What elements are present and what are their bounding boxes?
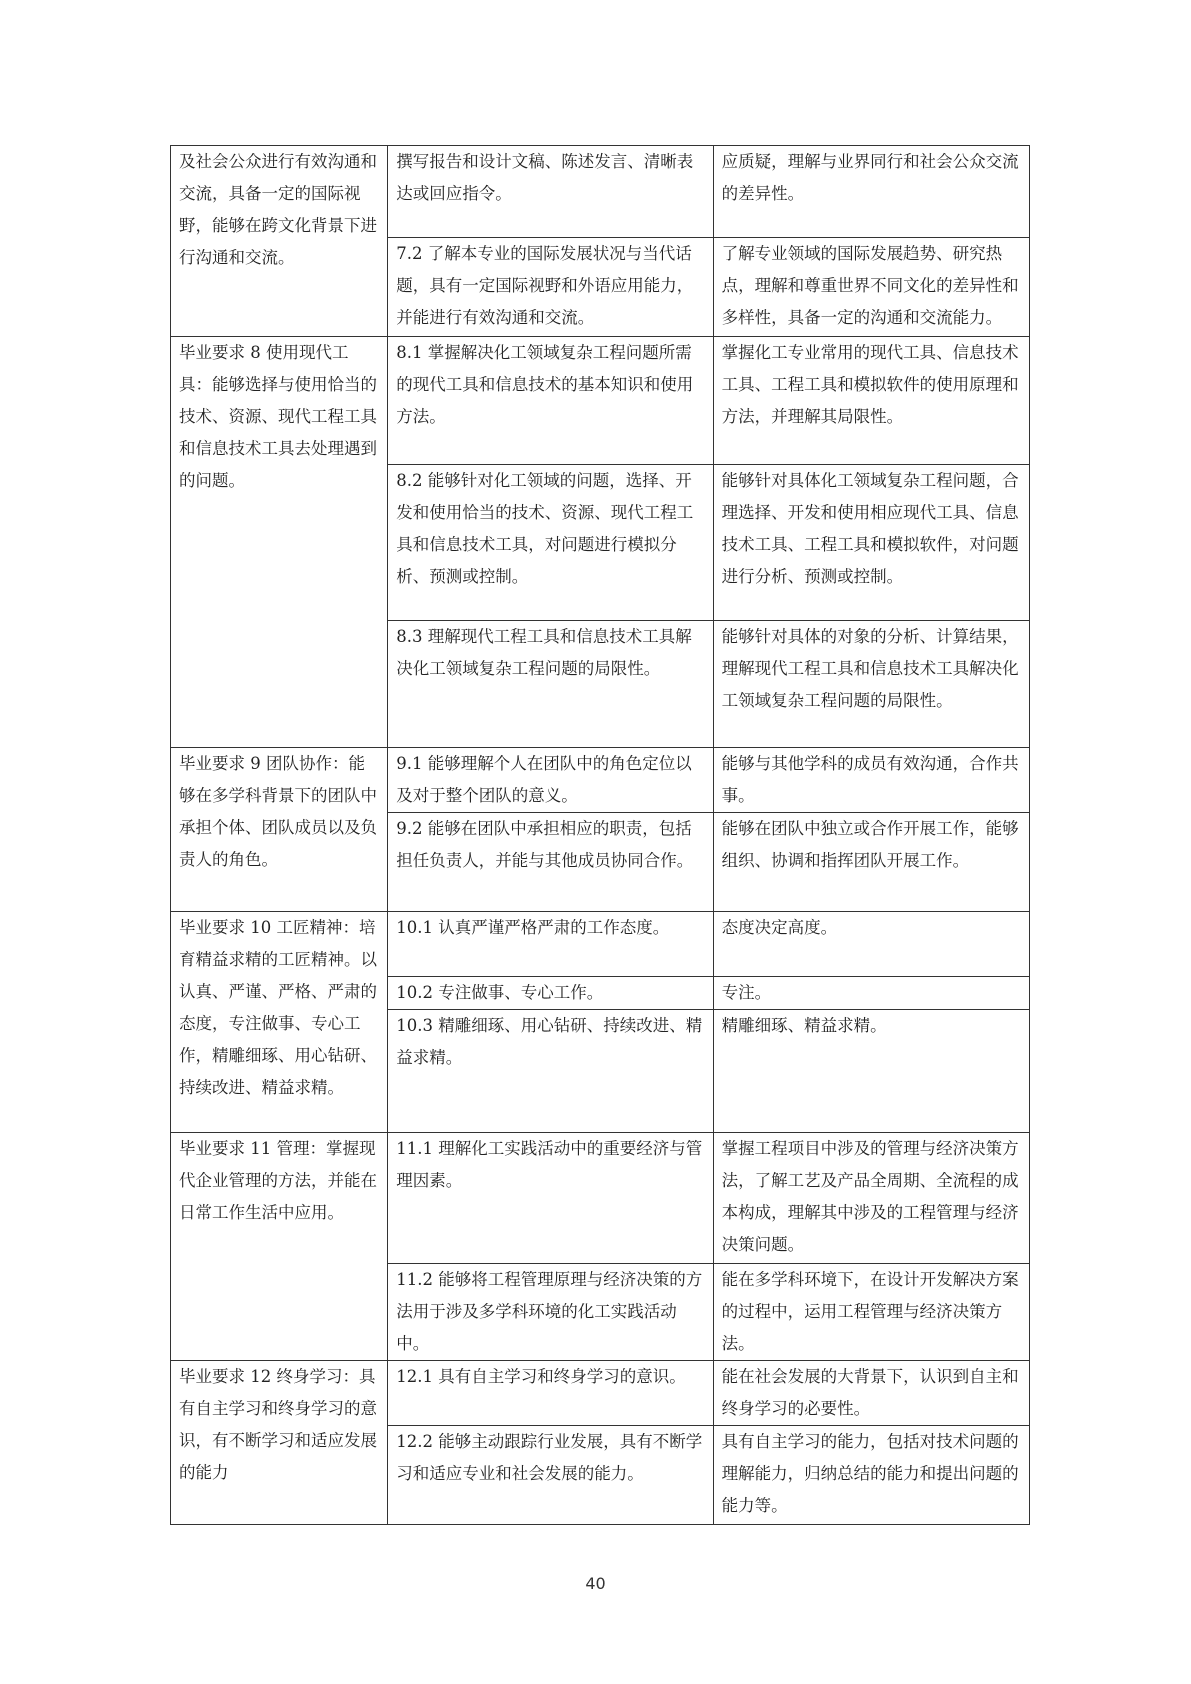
indicator-cell: 9.1 能够理解个人在团队中的角色定位以及对于整个团队的意义。 (388, 748, 713, 813)
description-cell: 掌握化工专业常用的现代工具、信息技术工具、工程工具和模拟软件的使用原理和方法，并… (713, 337, 1029, 465)
table-row: 毕业要求 9 团队协作：能够在多学科背景下的团队中承担个体、团队成员以及负责人的… (171, 748, 1030, 813)
table-row: 及社会公众进行有效沟通和交流，具备一定的国际视野，能够在跨文化背景下进行沟通和交… (171, 146, 1030, 238)
table-row: 毕业要求 11 管理：掌握现代企业管理的方法，并能在日常工作生活中应用。 11.… (171, 1133, 1030, 1264)
description-cell: 了解专业领域的国际发展趋势、研究热点，理解和尊重世界不同文化的差异性和多样性，具… (713, 238, 1029, 337)
requirement-cell: 及社会公众进行有效沟通和交流，具备一定的国际视野，能够在跨文化背景下进行沟通和交… (171, 146, 388, 337)
indicator-cell: 10.1 认真严谨严格严肃的工作态度。 (388, 912, 713, 977)
requirement-cell: 毕业要求 9 团队协作：能够在多学科背景下的团队中承担个体、团队成员以及负责人的… (171, 748, 388, 912)
description-cell: 具有自主学习的能力，包括对技术问题的理解能力，归纳总结的能力和提出问题的能力等。 (713, 1426, 1029, 1525)
indicator-cell: 11.1 理解化工实践活动中的重要经济与管理因素。 (388, 1133, 713, 1264)
table-row: 毕业要求 12 终身学习：具有自主学习和终身学习的意识，有不断学习和适应发展的能… (171, 1361, 1030, 1426)
indicator-cell: 12.1 具有自主学习和终身学习的意识。 (388, 1361, 713, 1426)
description-cell: 能在社会发展的大背景下，认识到自主和终身学习的必要性。 (713, 1361, 1029, 1426)
table-row: 毕业要求 10 工匠精神：培育精益求精的工匠精神。以认真、严谨、严格、严肃的态度… (171, 912, 1030, 977)
description-cell: 能够针对具体化工领域复杂工程问题，合理选择、开发和使用相应现代工具、信息技术工具… (713, 465, 1029, 621)
indicator-cell: 7.2 了解本专业的国际发展状况与当代话题，具有一定国际视野和外语应用能力，并能… (388, 238, 713, 337)
description-cell: 能在多学科环境下，在设计开发解决方案的过程中，运用工程管理与经济决策方法。 (713, 1264, 1029, 1361)
description-cell: 掌握工程项目中涉及的管理与经济决策方法，了解工艺及产品全周期、全流程的成本构成，… (713, 1133, 1029, 1264)
description-cell: 态度决定高度。 (713, 912, 1029, 977)
requirement-cell: 毕业要求 10 工匠精神：培育精益求精的工匠精神。以认真、严谨、严格、严肃的态度… (171, 912, 388, 1133)
table-row: 毕业要求 8 使用现代工具：能够选择与使用恰当的技术、资源、现代工程工具和信息技… (171, 337, 1030, 465)
requirement-cell: 毕业要求 11 管理：掌握现代企业管理的方法，并能在日常工作生活中应用。 (171, 1133, 388, 1361)
indicator-cell: 8.2 能够针对化工领域的问题，选择、开发和使用恰当的技术、资源、现代工程工具和… (388, 465, 713, 621)
indicator-cell: 8.1 掌握解决化工领域复杂工程问题所需的现代工具和信息技术的基本知识和使用方法… (388, 337, 713, 465)
description-cell: 专注。 (713, 977, 1029, 1010)
graduation-requirements-table: 及社会公众进行有效沟通和交流，具备一定的国际视野，能够在跨文化背景下进行沟通和交… (170, 145, 1030, 1525)
description-cell: 能够在团队中独立或合作开展工作，能够组织、协调和指挥团队开展工作。 (713, 813, 1029, 912)
requirement-cell: 毕业要求 12 终身学习：具有自主学习和终身学习的意识，有不断学习和适应发展的能… (171, 1361, 388, 1525)
indicator-cell: 11.2 能够将工程管理原理与经济决策的方法用于涉及多学科环境的化工实践活动中。 (388, 1264, 713, 1361)
page-number: 40 (0, 1574, 1191, 1593)
description-cell: 能够与其他学科的成员有效沟通，合作共事。 (713, 748, 1029, 813)
requirement-cell: 毕业要求 8 使用现代工具：能够选择与使用恰当的技术、资源、现代工程工具和信息技… (171, 337, 388, 748)
indicator-cell: 9.2 能够在团队中承担相应的职责，包括担任负责人，并能与其他成员协同合作。 (388, 813, 713, 912)
indicator-cell: 10.3 精雕细琢、用心钻研、持续改进、精益求精。 (388, 1010, 713, 1133)
indicator-cell: 12.2 能够主动跟踪行业发展，具有不断学习和适应专业和社会发展的能力。 (388, 1426, 713, 1525)
description-cell: 能够针对具体的对象的分析、计算结果，理解现代工程工具和信息技术工具解决化工领域复… (713, 621, 1029, 748)
description-cell: 应质疑，理解与业界同行和社会公众交流的差异性。 (713, 146, 1029, 238)
indicator-cell: 10.2 专注做事、专心工作。 (388, 977, 713, 1010)
indicator-cell: 8.3 理解现代工程工具和信息技术工具解决化工领域复杂工程问题的局限性。 (388, 621, 713, 748)
indicator-cell: 撰写报告和设计文稿、陈述发言、清晰表达或回应指令。 (388, 146, 713, 238)
description-cell: 精雕细琢、精益求精。 (713, 1010, 1029, 1133)
document-page: 及社会公众进行有效沟通和交流，具备一定的国际视野，能够在跨文化背景下进行沟通和交… (0, 0, 1191, 1684)
